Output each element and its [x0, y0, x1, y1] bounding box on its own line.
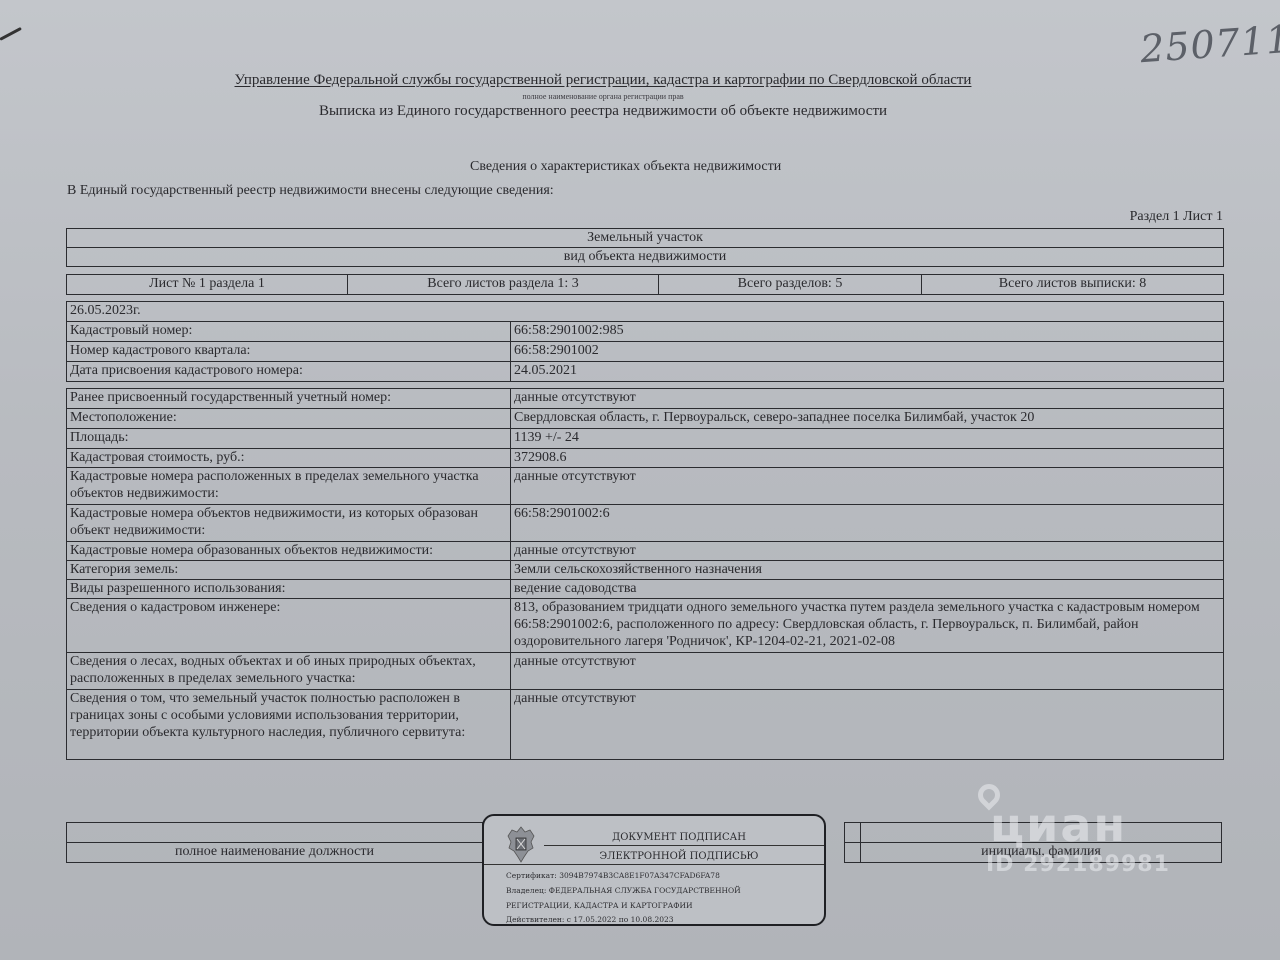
table-row: Кадастровые номера образованных объектов…	[67, 542, 1224, 561]
table-row: Сведения о лесах, водных объектах и об и…	[67, 653, 1224, 690]
row-label: Кадастровый номер:	[67, 322, 511, 342]
row-value: данные отсутствуют	[511, 468, 1224, 505]
location-pin-icon	[973, 779, 1004, 810]
row-label: Дата присвоения кадастрового номера:	[67, 362, 511, 382]
table-row: Сведения о кадастровом инженере: 813, об…	[67, 599, 1224, 653]
row-value: данные отсутствуют	[511, 653, 1224, 690]
section-title: Сведения о характеристиках объекта недви…	[470, 159, 781, 175]
permitted-use: ведение садоводства	[511, 580, 1224, 599]
table-row: Площадь: 1139 +/- 24	[67, 429, 1224, 449]
total-sheets: Всего листов выписки: 8	[922, 275, 1224, 295]
table-row: Виды разрешенного использования: ведение…	[67, 580, 1224, 599]
table-row: Кадастровая стоимость, руб.: 372908.6	[67, 449, 1224, 468]
land-category: Земли сельскохозяйственного назначения	[511, 561, 1224, 580]
area-value: 1139 +/- 24	[511, 429, 1224, 449]
sheet-number: Лист № 1 раздела 1	[67, 275, 348, 295]
table-row: Кадастровые номера расположенных в преде…	[67, 468, 1224, 505]
organization-name: Управление Федеральной службы государств…	[220, 72, 986, 89]
total-sections: Всего разделов: 5	[659, 275, 922, 295]
row-label: Кадастровые номера объектов недвижимости…	[67, 505, 511, 542]
table-row: Сведения о том, что земельный участок по…	[67, 690, 1224, 760]
assignment-date: 24.05.2021	[511, 362, 1224, 382]
document-title: Выписка из Единого государственного реес…	[220, 103, 986, 120]
location-value: Свердловская область, г. Первоуральск, с…	[511, 409, 1224, 429]
stamp-line-2: ЭЛЕКТРОННОЙ ПОДПИСЬЮ	[544, 851, 814, 862]
table-row: Кадастровые номера объектов недвижимости…	[67, 505, 1224, 542]
engineer-info: 813, образованием тридцати одного земель…	[511, 599, 1224, 653]
row-label: Кадастровые номера образованных объектов…	[67, 542, 511, 561]
organization-caption: полное наименование органа регистрации п…	[220, 92, 986, 101]
row-value: данные отсутствуют	[511, 690, 1224, 760]
table-row: Номер кадастрового квартала: 66:58:29010…	[67, 342, 1224, 362]
table-row: Категория земель: Земли сельскохозяйстве…	[67, 561, 1224, 580]
position-caption: полное наименование должности	[67, 843, 483, 863]
row-label: Площадь:	[67, 429, 511, 449]
object-type-table: Земельный участок вид объекта недвижимос…	[66, 228, 1224, 267]
row-label: Местоположение:	[67, 409, 511, 429]
electronic-signature-stamp: ДОКУМЕНТ ПОДПИСАН ЭЛЕКТРОННОЙ ПОДПИСЬЮ С…	[482, 814, 826, 926]
cadastral-quarter: 66:58:2901002	[511, 342, 1224, 362]
row-label: Кадастровая стоимость, руб.:	[67, 449, 511, 468]
stamp-divider	[544, 845, 824, 846]
table-row: Местоположение: Свердловская область, г.…	[67, 409, 1224, 429]
table-row: Ранее присвоенный государственный учетны…	[67, 389, 1224, 409]
owner-line-1: Владелец: ФЕДЕРАЛЬНАЯ СЛУЖБА ГОСУДАРСТВЕ…	[506, 886, 741, 895]
sheets-in-section: Всего листов раздела 1: 3	[348, 275, 659, 295]
row-label: Категория земель:	[67, 561, 511, 580]
certificate-number: Сертификат: 3094B7974B3CA8E1F07A347CFAD6…	[506, 871, 720, 880]
row-label: Виды разрешенного использования:	[67, 580, 511, 599]
stamp-divider	[484, 864, 824, 865]
details-table: Ранее присвоенный государственный учетны…	[66, 388, 1224, 760]
cadastral-value: 372908.6	[511, 449, 1224, 468]
object-type: Земельный участок	[67, 229, 1224, 248]
handwritten-number: 250711	[1139, 17, 1280, 71]
row-label: Сведения о том, что земельный участок по…	[67, 690, 511, 760]
row-label: Ранее присвоенный государственный учетны…	[67, 389, 511, 409]
sheet-reference: Раздел 1 Лист 1	[1130, 209, 1223, 225]
row-label: Сведения о лесах, водных объектах и об и…	[67, 653, 511, 690]
table-row: Дата присвоения кадастрового номера: 24.…	[67, 362, 1224, 382]
extract-date: 26.05.2023г.	[67, 302, 1224, 322]
stamp-line-1: ДОКУМЕНТ ПОДПИСАН	[544, 832, 814, 843]
coat-of-arms-icon	[504, 824, 538, 864]
intro-text: В Единый государственный реестр недвижим…	[67, 183, 554, 199]
object-type-caption: вид объекта недвижимости	[67, 248, 1224, 267]
row-value: данные отсутствуют	[511, 389, 1224, 409]
owner-line-2: РЕГИСТРАЦИИ, КАДАСТРА И КАРТОГРАФИИ	[506, 901, 693, 910]
pen-mark	[0, 27, 22, 41]
name-caption: инициалы, фамилия	[861, 843, 1222, 863]
basic-info-table: 26.05.2023г. Кадастровый номер: 66:58:29…	[66, 301, 1224, 382]
validity-period: Действителен: с 17.05.2022 по 10.08.2023	[506, 915, 674, 924]
parent-cadastral-number: 66:58:2901002:6	[511, 505, 1224, 542]
row-label: Кадастровые номера расположенных в преде…	[67, 468, 511, 505]
row-label: Номер кадастрового квартала:	[67, 342, 511, 362]
sheets-table: Лист № 1 раздела 1 Всего листов раздела …	[66, 274, 1224, 295]
cadastral-number: 66:58:2901002:985	[511, 322, 1224, 342]
row-value: данные отсутствуют	[511, 542, 1224, 561]
table-row: Кадастровый номер: 66:58:2901002:985	[67, 322, 1224, 342]
row-label: Сведения о кадастровом инженере:	[67, 599, 511, 653]
